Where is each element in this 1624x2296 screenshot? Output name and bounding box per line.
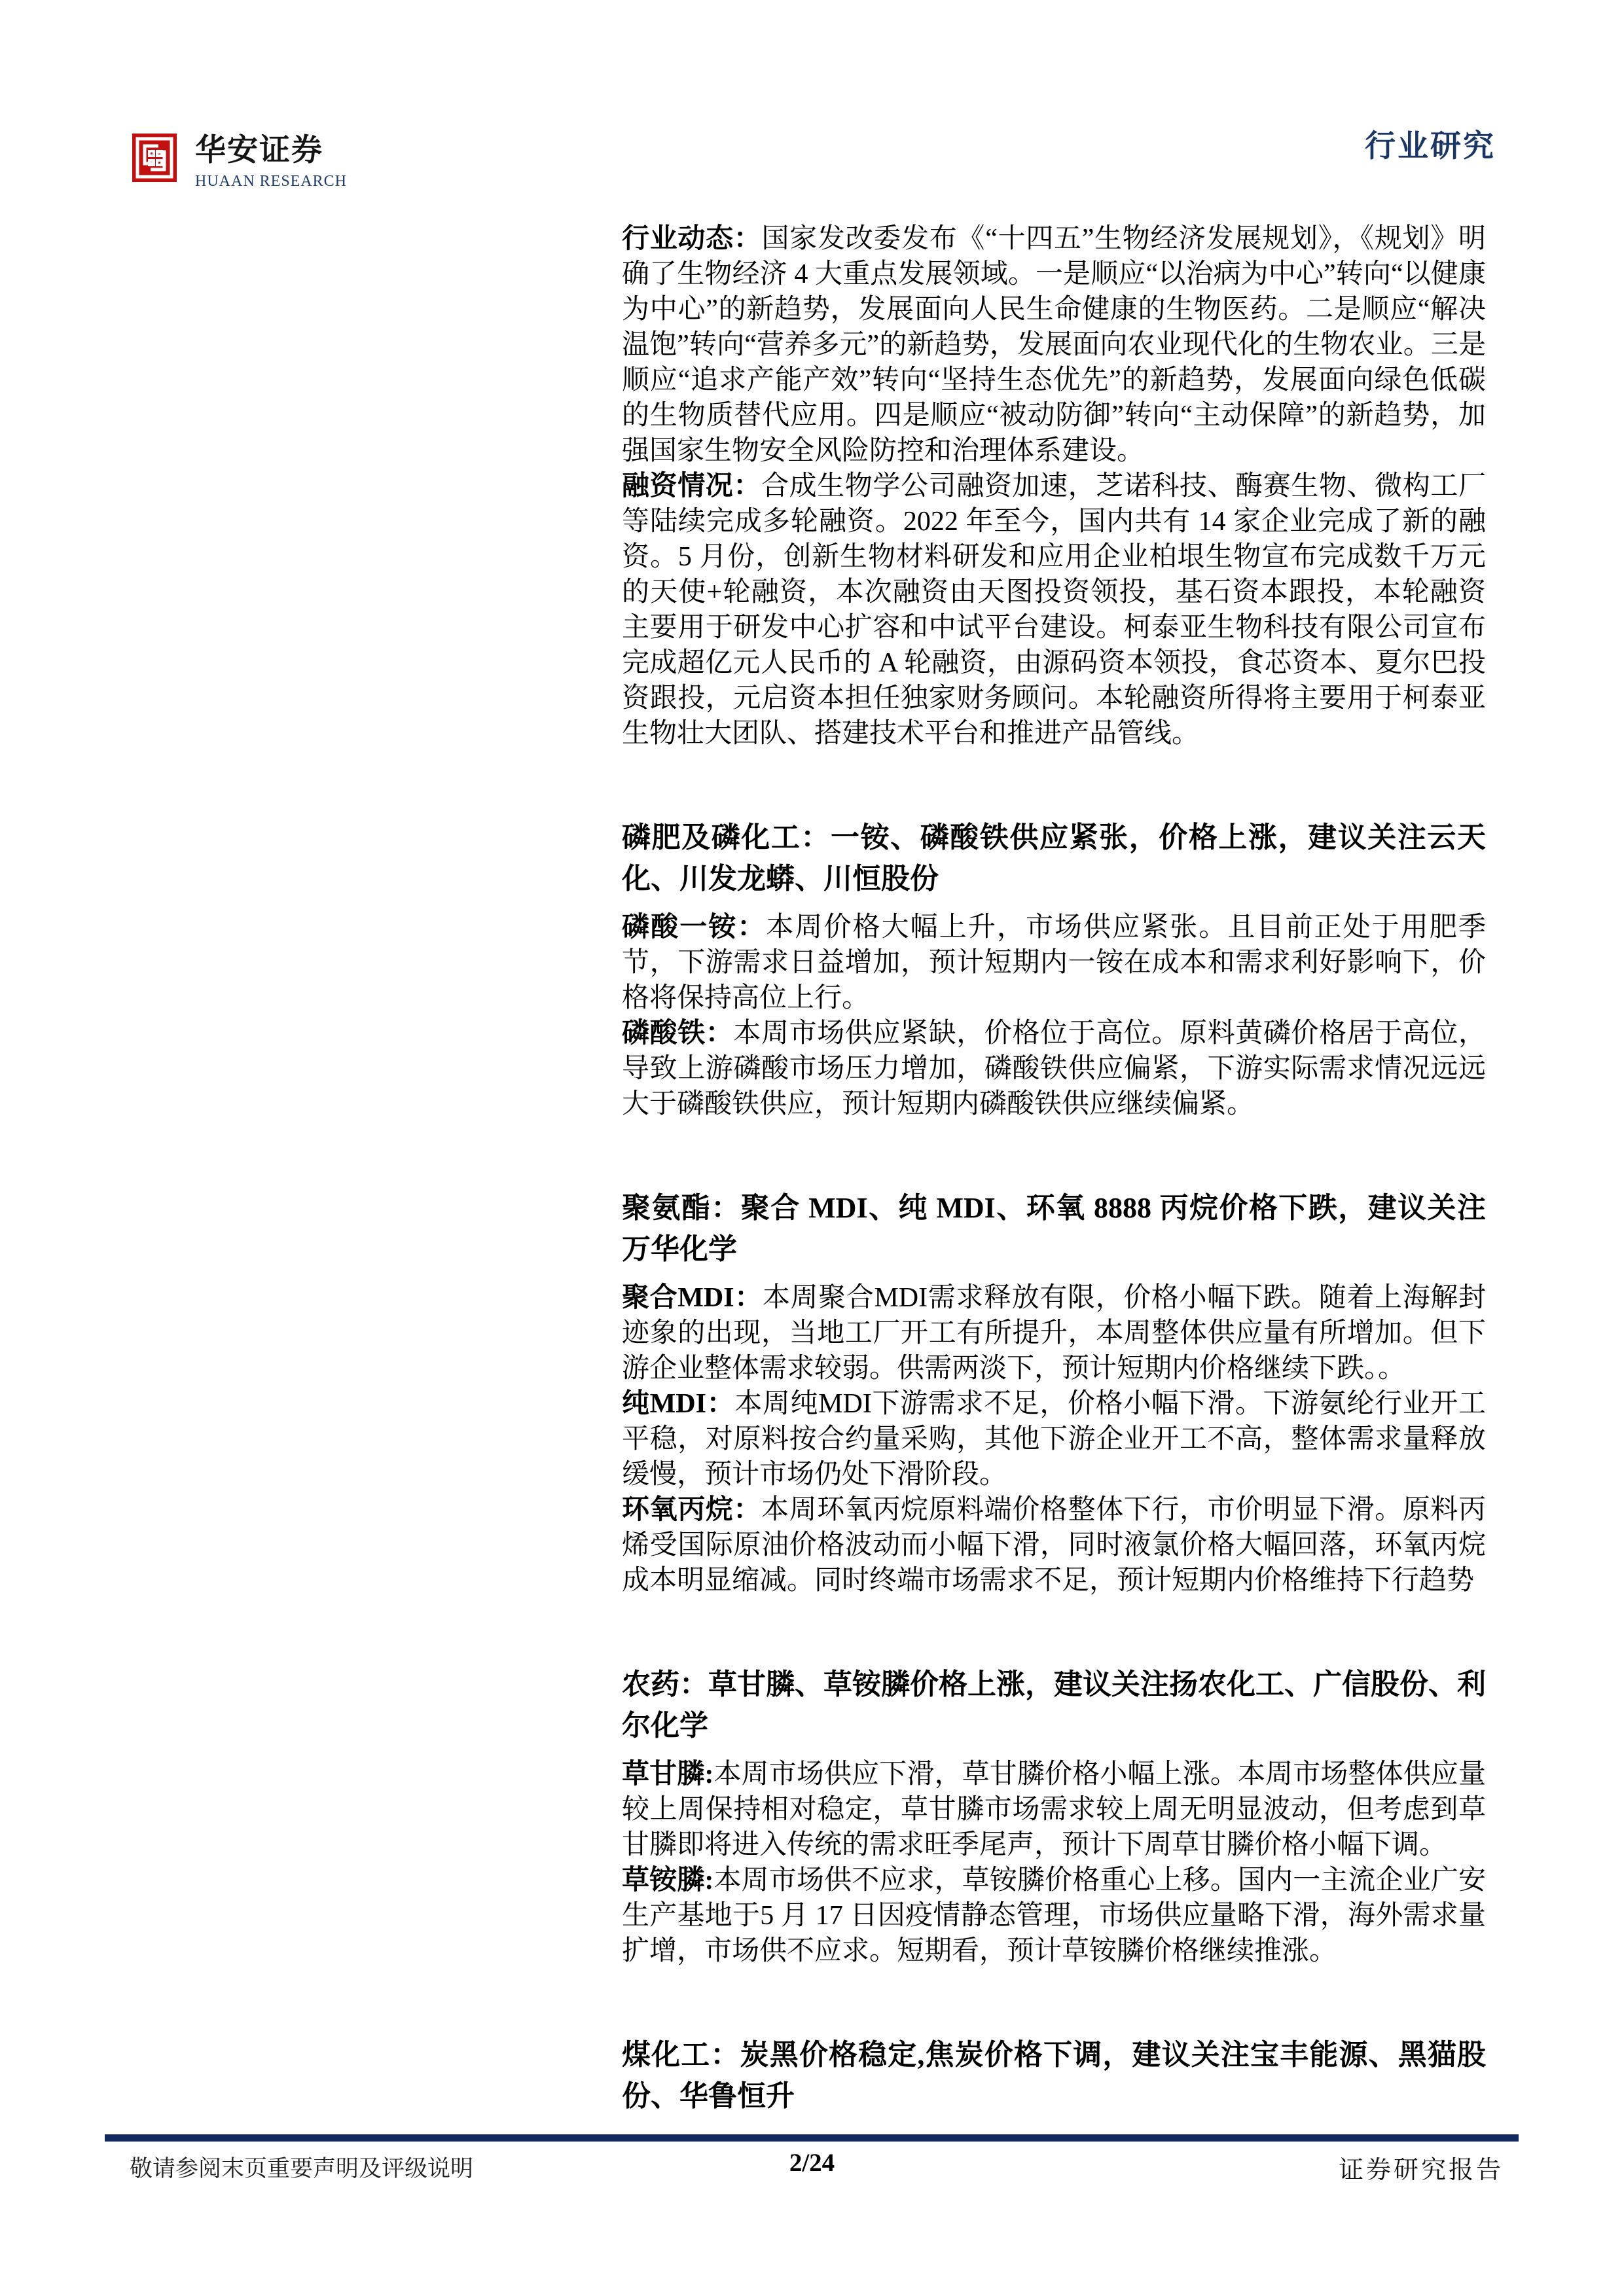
poly-mdi-lead: 聚合MDI： bbox=[622, 1283, 763, 1313]
industry-dynamics-text: 国家发改委发布《“十四五”生物经济发展规划》，《规划》明确了生物经济 4 大重点… bbox=[622, 224, 1486, 466]
glyphosate-lead: 草甘膦: bbox=[622, 1759, 713, 1789]
pure-mdi-paragraph: 纯MDI：本周纯MDI下游需求不足，价格小幅下滑。下游氨纶行业开工平稳，对原料按… bbox=[622, 1386, 1486, 1492]
footer-divider bbox=[105, 2134, 1519, 2142]
glufosinate-lead: 草铵膦: bbox=[622, 1865, 713, 1895]
industry-dynamics-paragraph: 行业动态：国家发改委发布《“十四五”生物经济发展规划》，《规划》明确了生物经济 … bbox=[622, 221, 1486, 469]
pure-mdi-lead: 纯MDI： bbox=[622, 1389, 734, 1419]
section-heading-polyurethane: 聚氨酯：聚合 MDI、纯 MDI、环氧 8888 丙烷价格下跌，建议关注万华化学 bbox=[622, 1187, 1486, 1270]
report-page: 华安证券 HUAAN RESEARCH 行业研究 行业动态：国家发改委发布《“十… bbox=[0, 0, 1624, 2296]
report-category-label: 行业研究 bbox=[1365, 122, 1496, 166]
brand-name-en: HUAAN RESEARCH bbox=[195, 173, 347, 190]
section-heading-pesticide: 农药：草甘膦、草铵膦价格上涨，建议关注扬农化工、广信股份、利尔化学 bbox=[622, 1664, 1486, 1746]
brand-name-cn: 华安证券 bbox=[195, 134, 347, 168]
iron-phosphate-text: 本周市场供应紧缺，价格位于高位。原料黄磷价格居于高位，导致上游磷酸市场压力增加，… bbox=[622, 1018, 1486, 1119]
financing-text: 合成生物学公司融资加速，芝诺科技、酶赛生物、微构工厂等陆续完成多轮融资。2022… bbox=[622, 471, 1486, 749]
footer-doc-label: 证券研究报告 bbox=[1339, 2149, 1504, 2185]
monoammonium-phosphate-paragraph: 磷酸一铵：本周价格大幅上升，市场供应紧张。且目前正处于用肥季节，下游需求日益增加… bbox=[622, 910, 1486, 1016]
monoammonium-phosphate-lead: 磷酸一铵： bbox=[622, 912, 766, 942]
iron-phosphate-lead: 磷酸铁： bbox=[622, 1018, 733, 1049]
industry-dynamics-lead: 行业动态： bbox=[622, 224, 762, 254]
propylene-oxide-lead: 环氧丙烷： bbox=[622, 1495, 761, 1525]
section-heading-coal: 煤化工：炭黑价格稳定,焦炭价格下调，建议关注宝丰能源、黑猫股份、华鲁恒升 bbox=[622, 2034, 1486, 2117]
huaan-seal-icon bbox=[132, 134, 177, 182]
financing-paragraph: 融资情况：合成生物学公司融资加速，芝诺科技、酶赛生物、微构工厂等陆续完成多轮融资… bbox=[622, 469, 1486, 751]
financing-lead: 融资情况： bbox=[622, 471, 761, 501]
glyphosate-text: 本周市场供应下滑，草甘膦价格小幅上涨。本周市场整体供应量较上周保持相对稳定，草甘… bbox=[622, 1759, 1486, 1860]
report-body: 行业动态：国家发改委发布《“十四五”生物经济发展规划》，《规划》明确了生物经济 … bbox=[622, 221, 1486, 2127]
propylene-oxide-paragraph: 环氧丙烷：本周环氧丙烷原料端价格整体下行，市价明显下滑。原料丙烯受国际原油价格波… bbox=[622, 1492, 1486, 1598]
glyphosate-paragraph: 草甘膦:本周市场供应下滑，草甘膦价格小幅上涨。本周市场整体供应量较上周保持相对稳… bbox=[622, 1757, 1486, 1863]
brand-logo: 华安证券 HUAAN RESEARCH bbox=[132, 134, 347, 190]
pure-mdi-text: 本周纯MDI下游需求不足，价格小幅下滑。下游氨纶行业开工平稳，对原料按合约量采购… bbox=[622, 1389, 1486, 1490]
glufosinate-text: 本周市场供不应求，草铵膦价格重心上移。国内一主流企业广安生产基地于5 月 17 … bbox=[622, 1865, 1486, 1966]
poly-mdi-paragraph: 聚合MDI：本周聚合MDI需求释放有限，价格小幅下跌。随着上海解封迹象的出现，当… bbox=[622, 1280, 1486, 1386]
section-heading-phosphate: 磷肥及磷化工：一铵、磷酸铁供应紧张，价格上涨，建议关注云天化、川发龙蟒、川恒股份 bbox=[622, 817, 1486, 899]
iron-phosphate-paragraph: 磷酸铁：本周市场供应紧缺，价格位于高位。原料黄磷价格居于高位，导致上游磷酸市场压… bbox=[622, 1016, 1486, 1122]
glufosinate-paragraph: 草铵膦:本周市场供不应求，草铵膦价格重心上移。国内一主流企业广安生产基地于5 月… bbox=[622, 1863, 1486, 1969]
